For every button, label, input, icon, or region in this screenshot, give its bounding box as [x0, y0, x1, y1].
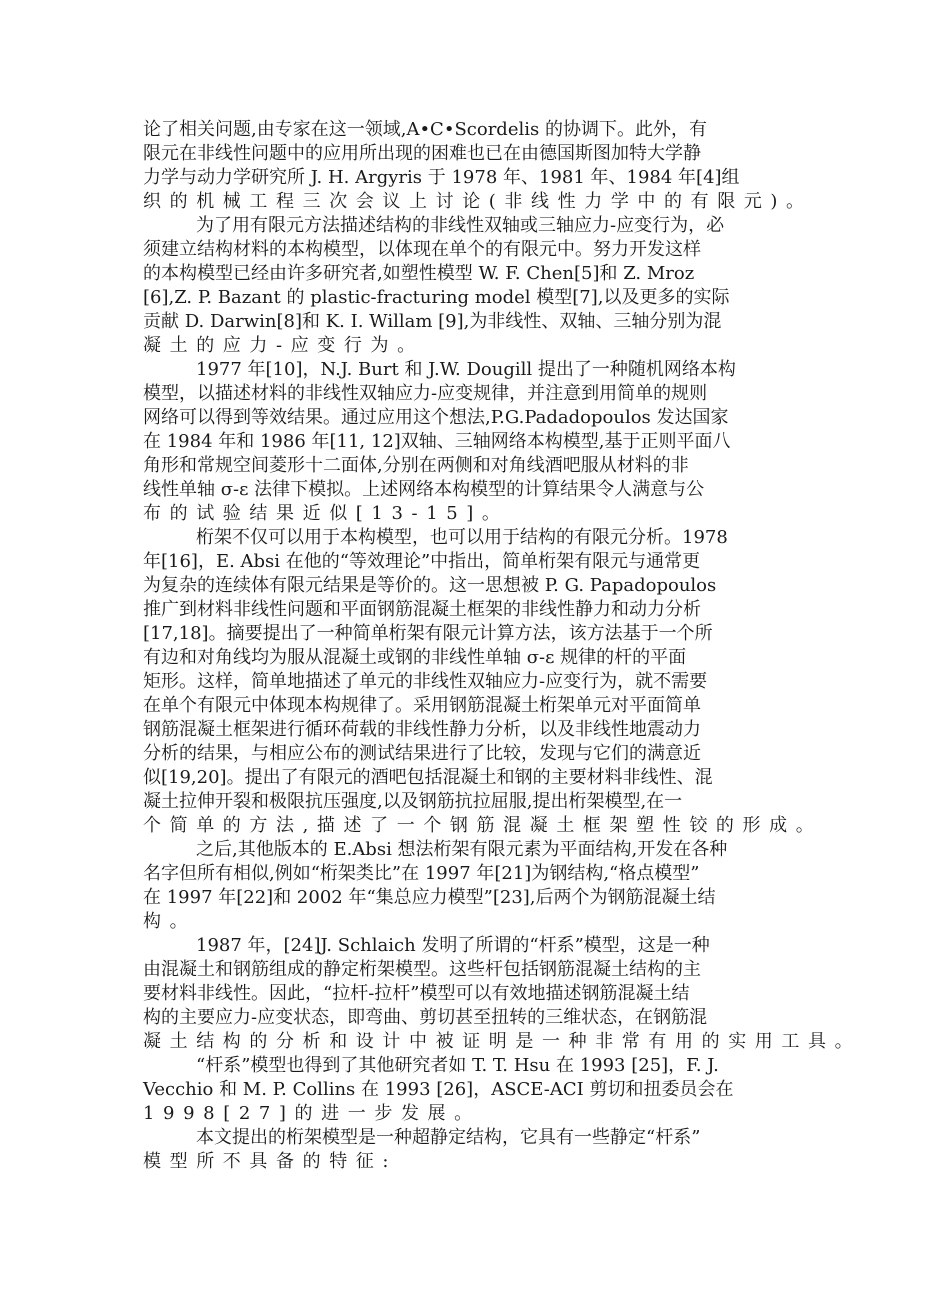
text-line: 凝土拉伸开裂和极限抗压强度,以及钢筋抗拉屈服,提出桁架模型,在一 — [143, 790, 784, 814]
text-line: 凝土的应力-应变行为。 — [143, 334, 784, 358]
text-line: 似[19,20]。提出了有限元的酒吧包括混凝土和钢的主要材料非线性、混 — [143, 766, 784, 790]
text-line: 构。 — [143, 910, 784, 934]
text-line: Vecchio 和 M. P. Collins 在 1993 [26]，ASCE… — [143, 1078, 784, 1102]
text-line: 线性单轴 σ-ε 法律下模拟。上述网络本构模型的计算结果令人满意与公 — [143, 478, 784, 502]
text-line: 1998[27]的进一步发展。 — [143, 1102, 784, 1126]
paragraph-truss-finite-element: 桁架不仅可以用于本构模型，也可以用于结构的有限元分析。1978 年[16]，E.… — [143, 526, 784, 838]
text-line: 年[16]，E. Absi 在他的“等效理论”中指出，简单桁架有限元与通常更 — [143, 550, 784, 574]
text-line: 的本构模型已经由许多研究者,如塑性模型 W. F. Chen[5]和 Z. Mr… — [143, 262, 784, 286]
paragraph-proposed-truss-model: 本文提出的桁架模型是一种超静定结构，它具有一些静定“杆系” 模型所不具备的特征: — [143, 1126, 784, 1174]
text-line: 布的试验结果近似[13-15]。 — [143, 502, 784, 526]
text-line: 角形和常规空间菱形十二面体,分别在两侧和对角线酒吧服从材料的非 — [143, 454, 784, 478]
text-line: 要材料非线性。因此，“拉杆-拉杆”模型可以有效地描述钢筋混凝土结 — [143, 982, 784, 1006]
paragraph-fem-nonlinear-history: 论了相关问题,由专家在这一领域,A•C•Scordelis 的协调下。此外，有 … — [143, 118, 784, 214]
text-line: 网络可以得到等效结果。通过应用这个想法,P.G.Padadopoulos 发达国… — [143, 406, 784, 430]
text-line: 分析的结果，与相应公布的测试结果进行了比较，发现与它们的满意近 — [143, 742, 784, 766]
text-line: 1977 年[10]，N.J. Burt 和 J.W. Dougill 提出了一… — [143, 358, 784, 382]
text-line: 桁架不仅可以用于本构模型，也可以用于结构的有限元分析。1978 — [143, 526, 784, 550]
paragraph-strut-and-tie: 1987 年，[24]J. Schlaich 发明了所谓的“杆系”模型，这是一种… — [143, 934, 784, 1054]
text-line: 限元在非线性问题中的应用所出现的困难也已在由德国斯图加特大学静 — [143, 142, 784, 166]
text-line: 模型所不具备的特征: — [143, 1150, 784, 1174]
text-line: 为了用有限元方法描述结构的非线性双轴或三轴应力-应变行为，必 — [143, 214, 784, 238]
text-line: 之后,其他版本的 E.Absi 想法桁架有限元素为平面结构,开发在各种 — [143, 838, 784, 862]
text-line: 论了相关问题,由专家在这一领域,A•C•Scordelis 的协调下。此外，有 — [143, 118, 784, 142]
document-page: 论了相关问题,由专家在这一领域,A•C•Scordelis 的协调下。此外，有 … — [143, 118, 784, 1174]
text-line: 模型，以描述材料的非线性双轴应力-应变规律，并注意到用简单的规则 — [143, 382, 784, 406]
text-line: 力学与动力学研究所 J. H. Argyris 于 1978 年、1981 年、… — [143, 166, 784, 190]
text-line: 钢筋混凝土框架进行循环荷载的非线性静力分析，以及非线性地震动力 — [143, 718, 784, 742]
text-line: 在单个有限元中体现本构规律了。采用钢筋混凝土桁架单元对平面简单 — [143, 694, 784, 718]
text-line: [17,18]。摘要提出了一种简单桁架有限元计算方法，该方法基于一个所 — [143, 622, 784, 646]
text-line: [6],Z. P. Bazant 的 plastic-fracturing mo… — [143, 286, 784, 310]
text-line: 由混凝土和钢筋组成的静定桁架模型。这些杆包括钢筋混凝土结构的主 — [143, 958, 784, 982]
text-line: 有边和对角线均为服从混凝土或钢的非线性单轴 σ-ε 规律的杆的平面 — [143, 646, 784, 670]
text-line: 名字但所有相似,例如“桁架类比”在 1997 年[21]为钢结构,“格点模型” — [143, 862, 784, 886]
text-line: 本文提出的桁架模型是一种超静定结构，它具有一些静定“杆系” — [143, 1126, 784, 1150]
text-line: 推广到材料非线性问题和平面钢筋混凝土框架的非线性静力和动力分析 — [143, 598, 784, 622]
paragraph-other-versions: 之后,其他版本的 E.Absi 想法桁架有限元素为平面结构,开发在各种 名字但所… — [143, 838, 784, 934]
paragraph-constitutive-models: 为了用有限元方法描述结构的非线性双轴或三轴应力-应变行为，必 须建立结构材料的本… — [143, 214, 784, 358]
text-line: 个简单的方法,描述了一个钢筋混凝土框架塑性铰的形成。 — [143, 814, 784, 838]
text-line: “杆系”模型也得到了其他研究者如 T. T. Hsu 在 1993 [25]，F… — [143, 1054, 784, 1078]
text-line: 矩形。这样，简单地描述了单元的非线性双轴应力-应变行为，就不需要 — [143, 670, 784, 694]
text-line: 构的主要应力-应变状态，即弯曲、剪切甚至扭转的三维状态，在钢筋混 — [143, 1006, 784, 1030]
text-line: 1987 年，[24]J. Schlaich 发明了所谓的“杆系”模型，这是一种 — [143, 934, 784, 958]
paragraph-further-development: “杆系”模型也得到了其他研究者如 T. T. Hsu 在 1993 [25]，F… — [143, 1054, 784, 1126]
text-line: 在 1984 年和 1986 年[11, 12]双轴、三轴网络本构模型,基于正则… — [143, 430, 784, 454]
text-line: 在 1997 年[22]和 2002 年“集总应力模型”[23],后两个为钢筋混… — [143, 886, 784, 910]
paragraph-random-network-model: 1977 年[10]，N.J. Burt 和 J.W. Dougill 提出了一… — [143, 358, 784, 526]
text-line: 凝土结构的分析和设计中被证明是一种非常有用的实用工具。 — [143, 1030, 784, 1054]
text-line: 须建立结构材料的本构模型，以体现在单个的有限元中。努力开发这样 — [143, 238, 784, 262]
text-line: 贡献 D. Darwin[8]和 K. I. Willam [9],为非线性、双… — [143, 310, 784, 334]
text-line: 织的机械工程三次会议上讨论(非线性力学中的有限元)。 — [143, 190, 784, 214]
text-line: 为复杂的连续体有限元结果是等价的。这一思想被 P. G. Papadopoulo… — [143, 574, 784, 598]
